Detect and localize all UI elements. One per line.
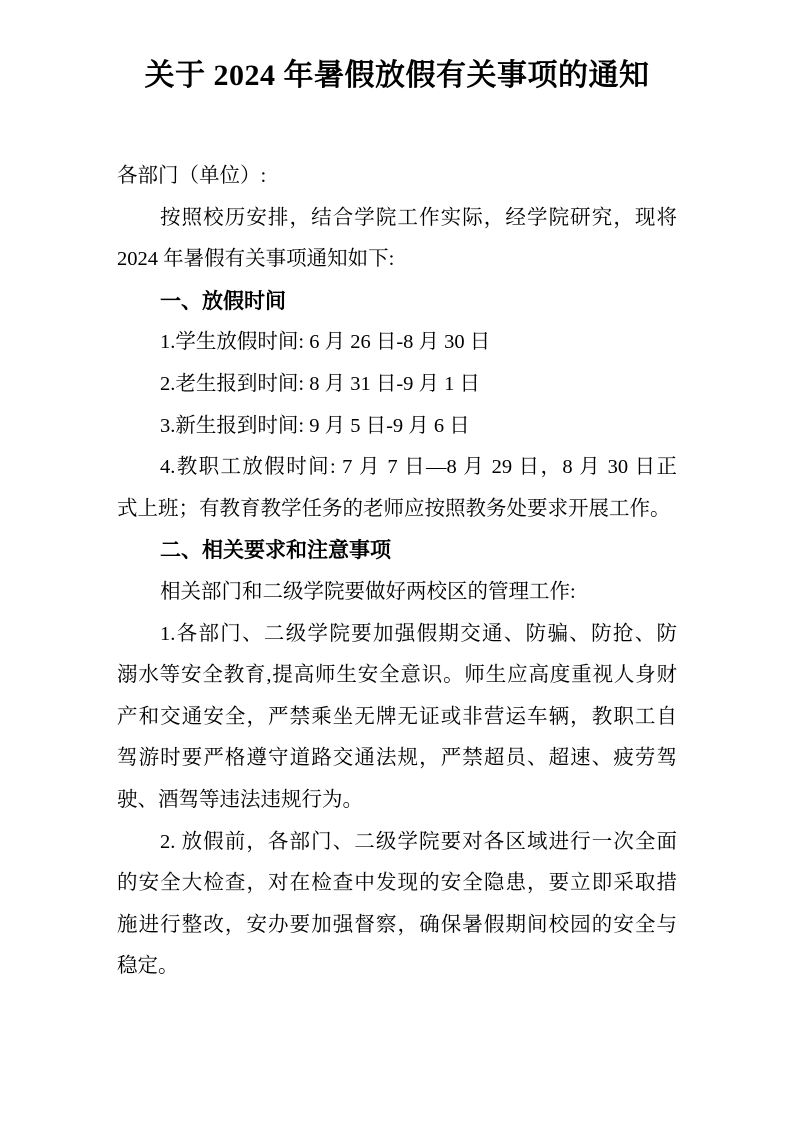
text-line: 式上班；有教育教学任务的老师应按照教务处要求开展工作。	[117, 489, 677, 531]
document-title: 关于 2024 年暑假放假有关事项的通知	[117, 52, 677, 100]
text-line: 1.学生放假时间: 6 月 26 日-8 月 30 日	[117, 322, 677, 364]
document-page: 关于 2024 年暑假放假有关事项的通知 各部门（单位）:按照校历安排，结合学院…	[0, 0, 793, 1122]
paragraph-heading: 二、相关要求和注意事项	[117, 530, 677, 572]
text-line: 3.新生报到时间: 9 月 5 日-9 月 6 日	[117, 406, 677, 448]
paragraph-salutation: 各部门（单位）:	[117, 156, 677, 198]
paragraph-body: 1.学生放假时间: 6 月 26 日-8 月 30 日	[117, 322, 677, 364]
text-line: 1.各部门、二级学院要加强假期交通、防骗、防抢、防	[117, 614, 677, 656]
text-line: 相关部门和二级学院要做好两校区的管理工作:	[117, 572, 677, 614]
text-line: 驾游时要严格遵守道路交通法规，严禁超员、超速、疲劳驾	[117, 738, 677, 780]
text-line: 施进行整改，安办要加强督察，确保暑假期间校园的安全与	[117, 905, 677, 947]
text-line: 各部门（单位）:	[117, 156, 677, 198]
text-line: 稳定。	[117, 946, 677, 988]
text-line: 2.老生报到时间: 8 月 31 日-9 月 1 日	[117, 364, 677, 406]
text-line: 2024 年暑假有关事项通知如下:	[117, 239, 677, 281]
text-line: 产和交通安全，严禁乘坐无牌无证或非营运车辆，教职工自	[117, 697, 677, 739]
text-line: 的安全大检查，对在检查中发现的安全隐患，要立即采取措	[117, 863, 677, 905]
text-line: 一、放假时间	[117, 281, 677, 323]
text-line: 4.教职工放假时间: 7 月 7 日—8 月 29 日，8 月 30 日正	[117, 447, 677, 489]
text-line: 溺水等安全教育,提高师生安全意识。师生应高度重视人身财	[117, 655, 677, 697]
paragraph-body: 2. 放假前，各部门、二级学院要对各区域进行一次全面的安全大检查，对在检查中发现…	[117, 822, 677, 988]
paragraph-body: 4.教职工放假时间: 7 月 7 日—8 月 29 日，8 月 30 日正式上班…	[117, 447, 677, 530]
paragraph-body: 1.各部门、二级学院要加强假期交通、防骗、防抢、防溺水等安全教育,提高师生安全意…	[117, 614, 677, 822]
paragraph-heading: 一、放假时间	[117, 281, 677, 323]
document-body: 各部门（单位）:按照校历安排，结合学院工作实际，经学院研究，现将2024 年暑假…	[117, 156, 677, 988]
text-line: 驶、酒驾等违法违规行为。	[117, 780, 677, 822]
paragraph-body: 相关部门和二级学院要做好两校区的管理工作:	[117, 572, 677, 614]
text-line: 二、相关要求和注意事项	[117, 530, 677, 572]
paragraph-body: 按照校历安排，结合学院工作实际，经学院研究，现将2024 年暑假有关事项通知如下…	[117, 198, 677, 281]
text-line: 2. 放假前，各部门、二级学院要对各区域进行一次全面	[117, 822, 677, 864]
text-line: 按照校历安排，结合学院工作实际，经学院研究，现将	[117, 198, 677, 240]
paragraph-body: 2.老生报到时间: 8 月 31 日-9 月 1 日	[117, 364, 677, 406]
paragraph-body: 3.新生报到时间: 9 月 5 日-9 月 6 日	[117, 406, 677, 448]
